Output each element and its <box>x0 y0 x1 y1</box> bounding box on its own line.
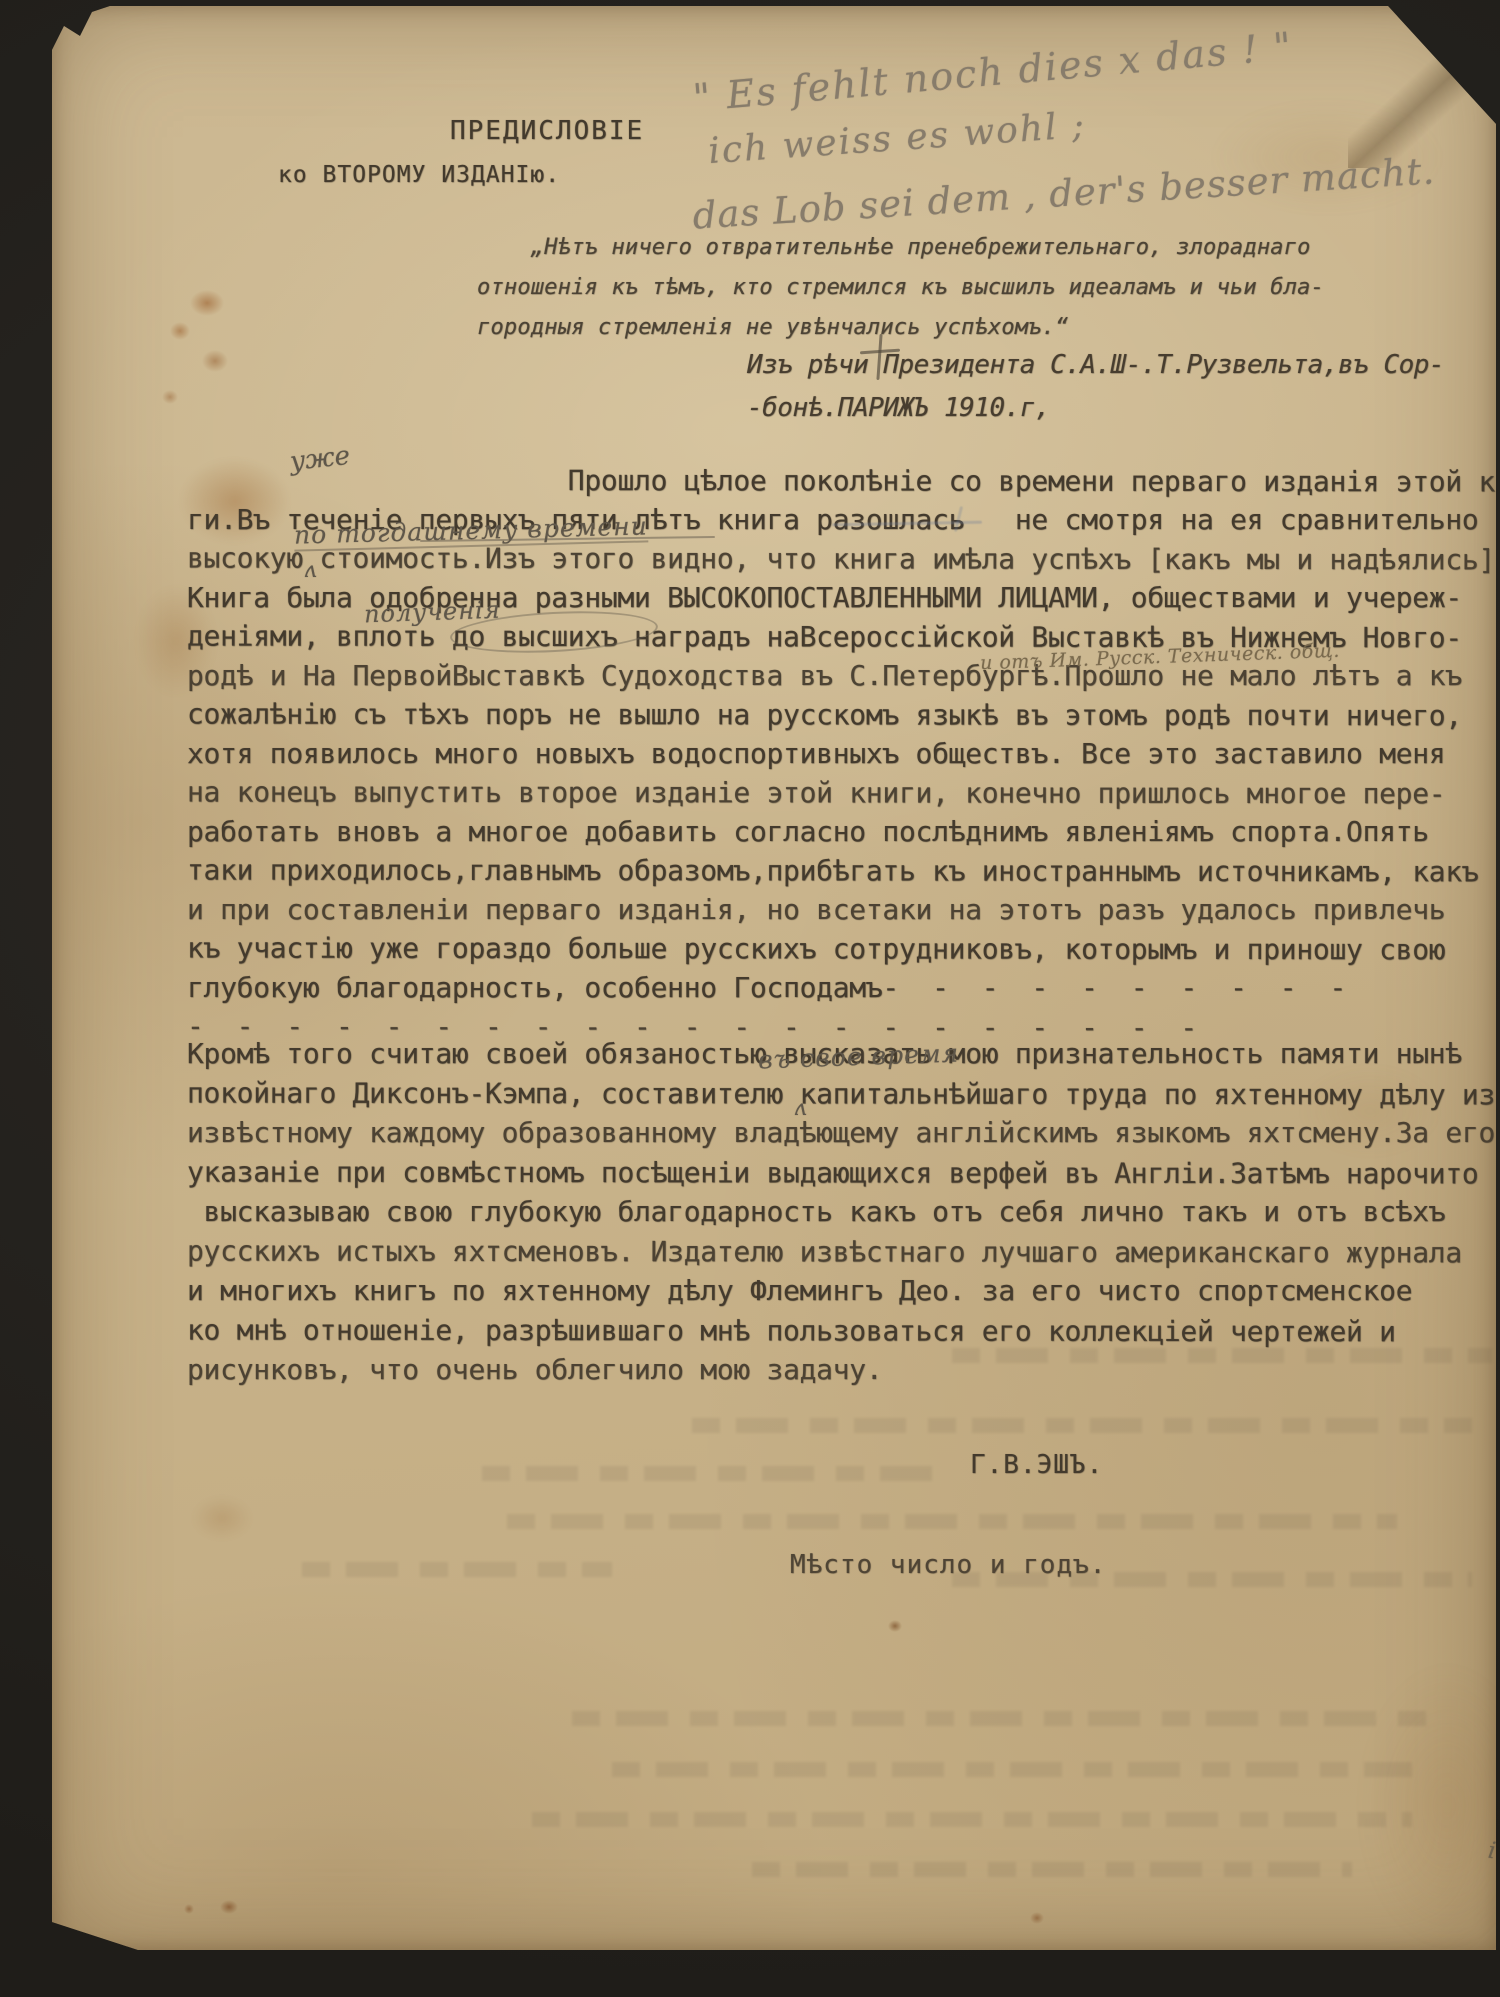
typewritten-line: хотя появилось много новыхъ водоспортивн… <box>187 734 1500 773</box>
handwritten-insert-uzhe: уже <box>289 441 352 477</box>
typewritten-line: русскихъ истыхъ яхтсменовъ. Издателю изв… <box>187 1231 1495 1272</box>
typewritten-line: на конецъ выпустить второе изданіе этой … <box>187 773 1500 814</box>
typewritten-line: и при составленіи перваго изданія, но вс… <box>187 890 1500 929</box>
insertion-caret: ʌ <box>794 1096 806 1121</box>
corner-fold-shadow <box>1348 0 1500 168</box>
bleed-through-line <box>612 1762 1412 1777</box>
epigraph-line: „Нѣтъ ничего отвратительнѣе пренебрежите… <box>477 228 1324 268</box>
page-title: ПРЕДИСЛОВІЕ <box>450 116 644 146</box>
typewritten-line: таки приходилось,главнымъ образомъ,прибѣ… <box>187 851 1500 892</box>
attribution-line: Изъ рѣчи Президента С.А.Ш-.Т.Рузвельта,в… <box>747 344 1444 387</box>
foxing-spot <box>184 1904 194 1914</box>
page-subtitle: ко ВТОРОМУ ИЗДАНІю. <box>278 162 560 188</box>
typewritten-line: Прошло цѣлое поколѣніе со времени перваг… <box>187 461 1500 502</box>
bleed-through-line <box>532 1812 1412 1827</box>
typewritten-line: къ участію уже гораздо больше русскихъ с… <box>187 929 1500 970</box>
place-date-line: Мѣсто число и годъ. <box>790 1550 1106 1580</box>
foxing-stain <box>1362 1666 1500 1946</box>
scanned-page-photo: ПРЕДИСЛОВІЕ ко ВТОРОМУ ИЗДАНІю. " Es feh… <box>0 0 1500 1997</box>
typewritten-line: сожалѣнію съ тѣхъ поръ не вышло на русск… <box>187 695 1500 736</box>
bleed-through-line <box>302 1562 612 1577</box>
epigraph-line: отношенія къ тѣмъ, кто стремился къ высш… <box>477 268 1324 308</box>
epigraph-attribution: Изъ рѣчи Президента С.А.Ш-.Т.Рузвельта,в… <box>747 344 1444 430</box>
foxing-spot <box>162 390 178 404</box>
pencil-corner-mark: і.Н <box>1486 1838 1500 1869</box>
foxing-spot <box>190 290 224 316</box>
bleed-through-line <box>482 1466 942 1481</box>
body-paragraph-2: Кромѣ того считаю своей обязаностью выск… <box>187 1034 1495 1390</box>
epigraph-quote: „Нѣтъ ничего отвратительнѣе пренебрежите… <box>477 228 1324 348</box>
handwritten-german-line-1: " Es fehlt noch dies x das ! " <box>691 24 1295 120</box>
foxing-spot <box>888 1620 902 1632</box>
bleed-through-line <box>572 1711 1432 1726</box>
typewritten-line: работать вновъ а многое добавить согласн… <box>187 812 1500 851</box>
foxing-spot <box>170 322 190 340</box>
foxing-spot <box>202 350 228 372</box>
typewritten-line: покойнаго Диксонъ-Кэмпа, составителю кап… <box>187 1073 1495 1114</box>
author-signature: Г.В.ЭШЪ. <box>970 1450 1103 1480</box>
foxing-spot <box>1030 1912 1044 1924</box>
handwritten-german-line-2: ich weiss es wohl ; <box>707 105 1087 172</box>
bleed-through-line <box>692 1418 1472 1433</box>
bleed-through-line <box>752 1862 1352 1877</box>
typewritten-line: указаніе при совмѣстномъ посѣщеніи выдаю… <box>187 1152 1495 1193</box>
typewritten-line: и многихъ книгъ по яхтенному дѣлу Флемин… <box>187 1271 1495 1311</box>
attribution-line: -бонѣ.ПАРИЖЪ 1910.г, <box>747 387 1444 430</box>
insertion-caret: ʌ <box>304 558 316 583</box>
foxing-spot <box>220 1900 238 1914</box>
typewritten-line: рисунковъ, что очень облегчило мою задач… <box>187 1350 1495 1390</box>
foxing-stain <box>192 1496 252 1540</box>
typewritten-line: ко мнѣ отношеніе, разрѣшившаго мнѣ польз… <box>187 1310 1495 1351</box>
typewritten-line: извѣстному каждому образованному владѣющ… <box>187 1113 1495 1153</box>
typewritten-line: глубокую благодарность, особенно Господа… <box>187 968 1500 1007</box>
manuscript-page: ПРЕДИСЛОВІЕ ко ВТОРОМУ ИЗДАНІю. " Es feh… <box>52 6 1496 1950</box>
bleed-through-line <box>507 1514 1397 1529</box>
typewritten-line: высказываю свою глубокую благодарность к… <box>187 1192 1495 1232</box>
insertion-cross-mark <box>858 334 902 380</box>
